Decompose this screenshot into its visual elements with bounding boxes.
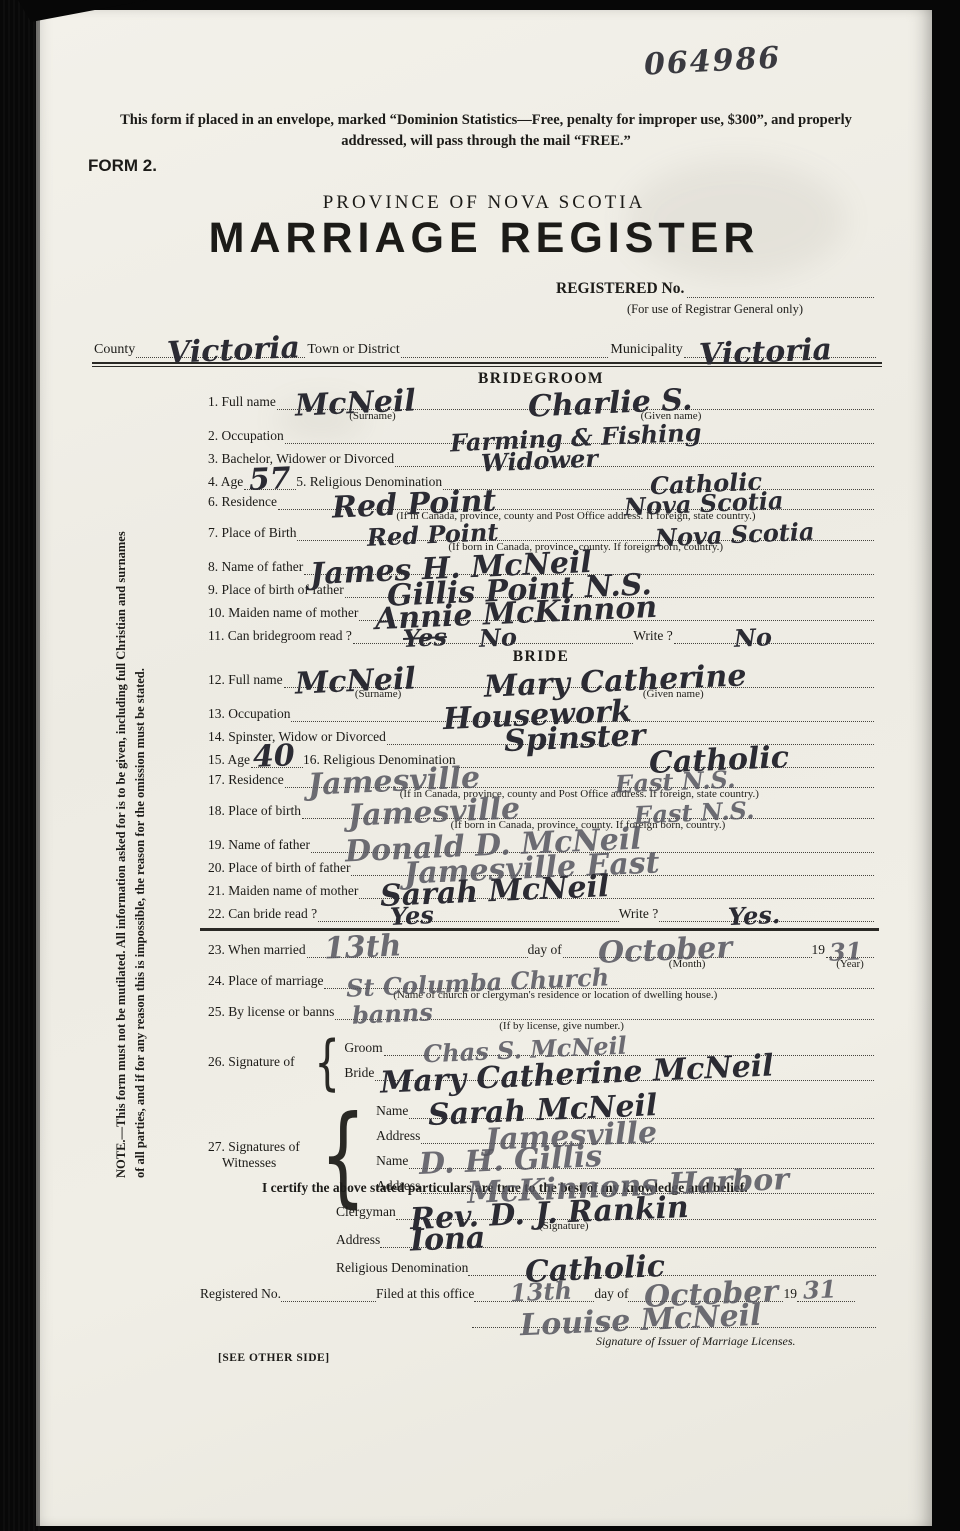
clergyman-row: Clergyman (Signature) Rev. D. J. Rankin [336, 1198, 876, 1220]
groom-surname-handwritten: McNeil [294, 387, 416, 419]
clergyman-address-row: Address Iona [336, 1226, 876, 1248]
field-line: No [674, 621, 874, 644]
bride-birthplace-region-handwritten: East N.S. [633, 800, 754, 827]
day-of-label: day of [594, 1286, 628, 1302]
filed-year-handwritten: 31 [802, 1279, 836, 1302]
married-year-handwritten: 31 [828, 940, 862, 963]
filed-day-handwritten: 13th [510, 1280, 573, 1304]
field-line: 31 [797, 1276, 855, 1302]
address-label: Address [376, 1128, 421, 1144]
address-label: Address [336, 1232, 380, 1248]
registered-no-label: REGISTERED No. [556, 280, 684, 298]
registered-no-row: REGISTERED No. [556, 280, 874, 298]
municipality-handwritten: Victoria [699, 336, 833, 369]
year-prefix: 19 [812, 942, 827, 958]
field-line: (Month) October [563, 938, 812, 958]
town-district-label: Town or District [305, 342, 400, 358]
field-label: 2. Occupation [208, 428, 285, 444]
field-line: 13th [307, 938, 528, 958]
bride-read-handwritten: Yes [390, 904, 435, 927]
field-label: 22. Can bride read ? [208, 906, 318, 922]
clergyman-address-handwritten: Iona [409, 1224, 485, 1254]
field-line: Housework [291, 699, 874, 722]
clergyman-label: Clergyman [336, 1204, 396, 1220]
field-line: (Name of church or clergyman's residence… [324, 969, 874, 989]
field-line: Yes. [659, 899, 874, 922]
name-label: Name [376, 1153, 409, 1169]
field-full-name-bride: 12. Full name (Surname) (Given name) McN… [208, 668, 874, 699]
field-line: (Surname) (Given name) McNeil Charlie S. [277, 390, 874, 410]
banns-handwritten: banns [351, 1001, 433, 1026]
field-full-name-groom: 1. Full name (Surname) (Given name) McNe… [208, 390, 874, 421]
dotted-blank [687, 284, 874, 298]
bridegroom-heading: BRIDEGROOM [208, 370, 874, 390]
groom-given-handwritten: Charlie S. [527, 386, 692, 420]
groom-birthplace-region-handwritten: Nova Scotia [655, 521, 815, 550]
county-row: County Victoria Town or District Municip… [92, 328, 876, 358]
registrar-general-note: (For use of Registrar General only) [556, 302, 874, 317]
field-line: 57 [244, 467, 296, 490]
field-line: (Surname) (Given name) McNeil Mary Cathe… [284, 668, 874, 688]
bride-surname-handwritten: McNeil [295, 665, 417, 697]
field-label: 25. By license or banns [208, 1004, 335, 1020]
field-marital-status-groom: 3. Bachelor, Widower or Divorced Widower [208, 444, 874, 467]
field-label: 10. Maiden name of mother [208, 605, 359, 621]
field-line: (Signature) Rev. D. J. Rankin [396, 1198, 876, 1220]
field-label: 15. Age [208, 752, 251, 768]
field-label: 11. Can bridegroom read ? [208, 628, 353, 644]
county-label: County [92, 342, 136, 358]
field-label: 27. Signatures of [208, 1139, 310, 1155]
groom-write-handwritten: No [733, 627, 772, 650]
field-line: (If born in Canada, province, county. If… [297, 521, 874, 541]
field-line: Jamesville [421, 1119, 874, 1144]
field-label: 20. Place of birth of father [208, 860, 351, 876]
envelope-instruction: This form if placed in an envelope, mark… [96, 110, 876, 152]
bride-birthplace-handwritten: Jamesville [347, 795, 520, 829]
signature-of-group: 26. Signature of { Groom Chas S. McNeil … [208, 1031, 874, 1094]
field-label: 26. Signature of [208, 1054, 310, 1070]
witness1-name-row: Name Sarah McNeil [376, 1094, 874, 1119]
field-line: Catholic [468, 1254, 876, 1276]
field-line: Jamesville East [351, 853, 874, 876]
field-mother-name-bride: 21. Maiden name of mother Sarah McNeil [208, 876, 874, 899]
bride-status-handwritten: Spinster [503, 722, 646, 755]
field-when-married: 23. When married 13th day of (Month) Oct… [208, 938, 874, 969]
name-label: Name [376, 1103, 409, 1119]
form-number-label: FORM 2. [88, 156, 157, 176]
day-of-label: day of [528, 942, 563, 958]
write-label: Write ? [619, 906, 660, 922]
brace-glyph: { [314, 1027, 340, 1096]
bride-label: Bride [344, 1065, 375, 1081]
field-label: 8. Name of father [208, 559, 304, 575]
field-line: 40 [251, 745, 303, 768]
groom-signature-row: Groom Chas S. McNeil [344, 1031, 874, 1056]
groom-read-struck-handwritten: Yes [403, 626, 448, 649]
page-title: MARRIAGE REGISTER [36, 214, 932, 263]
field-label: 14. Spinster, Widow or Divorced [208, 729, 387, 745]
signature-of-label: 26. Signature of [208, 1031, 310, 1094]
denomination-label: Religious Denomination [336, 1260, 468, 1276]
municipality-label: Municipality [608, 342, 683, 358]
field-label: 3. Bachelor, Widower or Divorced [208, 451, 395, 467]
field-license-or-banns: 25. By license or banns (If by license, … [208, 1000, 874, 1031]
filed-at-office-row: Registered No. Filed at this office 13th… [200, 1276, 878, 1302]
province-heading: PROVINCE OF NOVA SCOTIA [36, 192, 932, 214]
field-label: 24. Place of marriage [208, 973, 324, 989]
see-other-side-note: [SEE OTHER SIDE] [218, 1352, 330, 1364]
bride-residence-region-handwritten: East N.S. [614, 769, 735, 796]
groom-read-handwritten: No [479, 627, 518, 650]
year-prefix: 19 [783, 1286, 797, 1302]
married-day-handwritten: 13th [324, 932, 403, 962]
field-label: 18. Place of birth [208, 803, 302, 819]
write-label: Write ? [633, 628, 674, 644]
field-label: 1. Full name [208, 394, 277, 410]
scanned-document: 064986 This form if placed in an envelop… [0, 0, 960, 1531]
groom-status-handwritten: Widower [481, 448, 599, 475]
field-label: 17. Residence [208, 772, 285, 788]
field-label: 12. Full name [208, 672, 284, 688]
field-residence-groom: 6. Residence (If in Canada, province, co… [208, 490, 874, 521]
groom-birthplace-handwritten: Red Point [366, 522, 498, 549]
town-district-field [401, 328, 609, 358]
field-line: (If born in Canada, province, county. If… [302, 799, 874, 819]
field-line: Sarah McNeil [409, 1094, 874, 1119]
field-label: 13. Occupation [208, 706, 291, 722]
field-label: Witnesses [208, 1155, 310, 1171]
signature-rows: Groom Chas S. McNeil Bride Mary Catherin… [344, 1031, 874, 1094]
groom-label: Groom [344, 1040, 383, 1056]
groom-age-handwritten: 57 [249, 465, 292, 494]
field-label: 7. Place of Birth [208, 525, 297, 541]
field-mother-name-groom: 10. Maiden name of mother Annie McKinnon [208, 598, 874, 621]
field-line: (Year) 31 [826, 938, 874, 958]
field-line: Farming & Fishing [285, 421, 874, 444]
field-occupation-bride: 13. Occupation Housework [208, 699, 874, 722]
married-month-handwritten: October [597, 934, 732, 967]
field-occupation-groom: 2. Occupation Farming & Fishing [208, 421, 874, 444]
field-line: (If in Canada, province, county and Post… [278, 490, 874, 510]
form-paper: 064986 This form if placed in an envelop… [36, 10, 932, 1526]
field-label: 21. Maiden name of mother [208, 883, 359, 899]
filed-label: Filed at this office [376, 1286, 474, 1302]
county-field: Victoria [136, 328, 305, 358]
field-label: 19. Name of father [208, 837, 311, 853]
field-label: 4. Age [208, 474, 244, 490]
bride-age-handwritten: 40 [253, 742, 296, 771]
bride-heading: BRIDE [208, 648, 874, 668]
field-line: Annie McKinnon [359, 598, 874, 621]
county-handwritten: Victoria [166, 334, 300, 367]
groom-residence-region-handwritten: Nova Scotia [623, 490, 783, 519]
registered-no-label: Registered No. [200, 1286, 281, 1302]
municipality-field: Victoria [684, 328, 876, 358]
form-fields: BRIDEGROOM 1. Full name (Surname) (Given… [208, 370, 874, 1216]
bride-write-handwritten: Yes. [728, 904, 781, 928]
issuer-signature-row: Louise McNeil [472, 1306, 876, 1332]
field-line: Iona [380, 1226, 876, 1248]
field-label: 23. When married [208, 942, 307, 958]
field-line: Chas S. McNeil [384, 1031, 874, 1056]
mutilation-note-vertical: NOTE.—This form must not be mutilated. A… [112, 530, 150, 1178]
field-line [281, 1276, 376, 1302]
field-place-of-marriage: 24. Place of marriage (Name of church or… [208, 969, 874, 1000]
witnesses-label: 27. Signatures of Witnesses [208, 1094, 310, 1216]
registry-stamp-number: 064986 [643, 40, 782, 82]
issuer-signature-handwritten: Louise McNeil [520, 1302, 762, 1340]
groom-residence-handwritten: Red Point [331, 487, 496, 521]
field-line: (If by license, give number.) banns [335, 1000, 874, 1020]
